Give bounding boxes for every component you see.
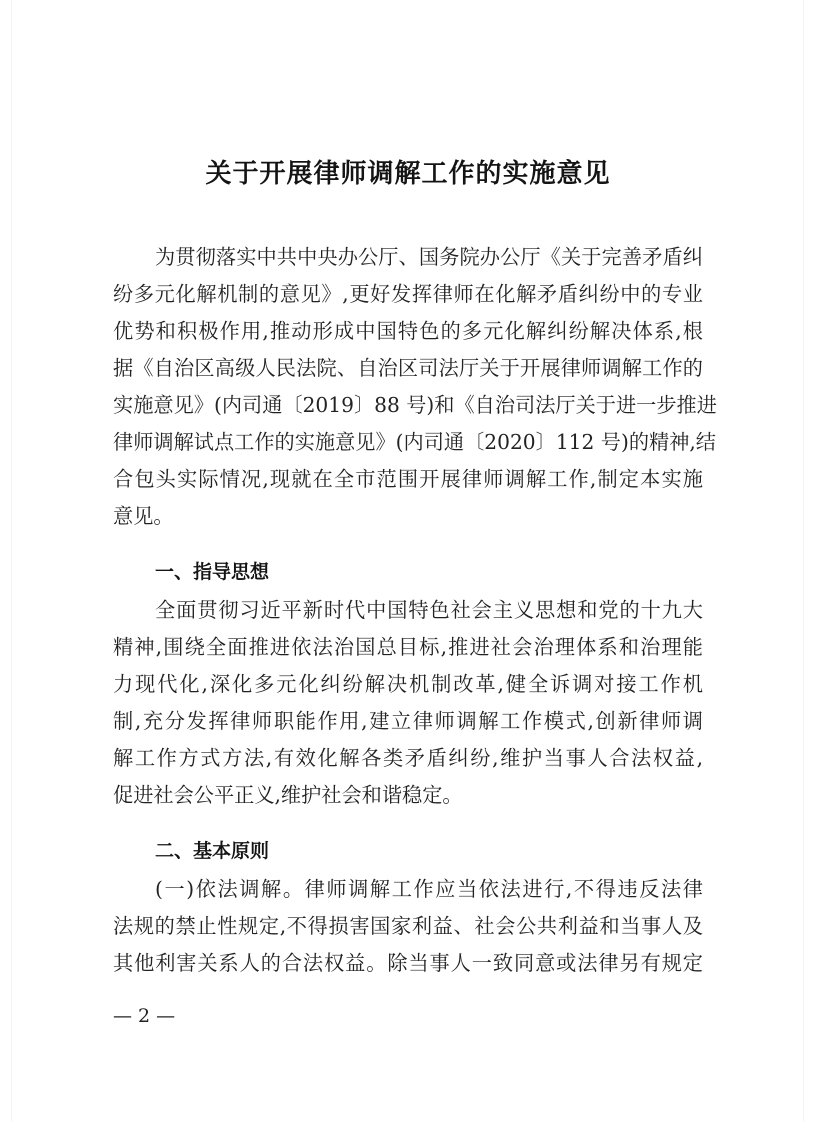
section2-line-3: 其他利害关系人的合法权益。除当事人一致同意或法律另有规定: [113, 950, 703, 976]
intro-line-8: 意见。: [113, 503, 703, 529]
section1-line-3: 力现代化,深化多元化纠纷解决机制改革,健全诉调对接工作机: [113, 671, 703, 697]
intro-line-4: 据《自治区高级人民法院、自治区司法厅关于开展律师调解工作的: [113, 355, 703, 381]
section1-line-6: 促进社会公平正义,维护社会和谐稳定。: [113, 782, 703, 808]
intro-line-7: 合包头实际情况,现就在全市范围开展律师调解工作,制定本实施: [113, 466, 703, 492]
section1-line-2: 精神,围绕全面推进依法治国总目标,推进社会治理体系和治理能: [113, 634, 703, 660]
section-heading-basic-principles: 二、基本原则: [155, 838, 269, 864]
section1-line-5: 解工作方式方法,有效化解各类矛盾纠纷,维护当事人合法权益,: [113, 745, 703, 771]
intro-line-2: 纷多元化解机制的意见》,更好发挥律师在化解矛盾纠纷中的专业: [113, 281, 703, 307]
section2-line-2: 法规的禁止性规定,不得损害国家利益、社会公共利益和当事人及: [113, 913, 703, 939]
intro-line-3: 优势和积极作用,推动形成中国特色的多元化解纠纷解决体系,根: [113, 318, 703, 344]
intro-line-5: 实施意见》(内司通〔2019〕88 号)和《自治司法厅关于进一步推进: [113, 392, 703, 418]
document-page: 关于开展律师调解工作的实施意见 为贯彻落实中共中央办公厅、国务院办公厅《关于完善…: [0, 0, 816, 1121]
intro-line-1: 为贯彻落实中共中央办公厅、国务院办公厅《关于完善矛盾纠: [113, 244, 703, 270]
section-heading-guiding-ideology: 一、指导思想: [155, 559, 269, 585]
page-number: — 2 —: [113, 1003, 175, 1029]
document-title: 关于开展律师调解工作的实施意见: [0, 153, 816, 190]
section2-line-1: (一)依法调解。律师调解工作应当依法进行,不得违反法律: [113, 876, 703, 902]
section1-line-1: 全面贯彻习近平新时代中国特色社会主义思想和党的十九大: [113, 597, 703, 623]
intro-line-6: 律师调解试点工作的实施意见》(内司通〔2020〕112 号)的精神,结: [113, 429, 703, 455]
section1-line-4: 制,充分发挥律师职能作用,建立律师调解工作模式,创新律师调: [113, 708, 703, 734]
